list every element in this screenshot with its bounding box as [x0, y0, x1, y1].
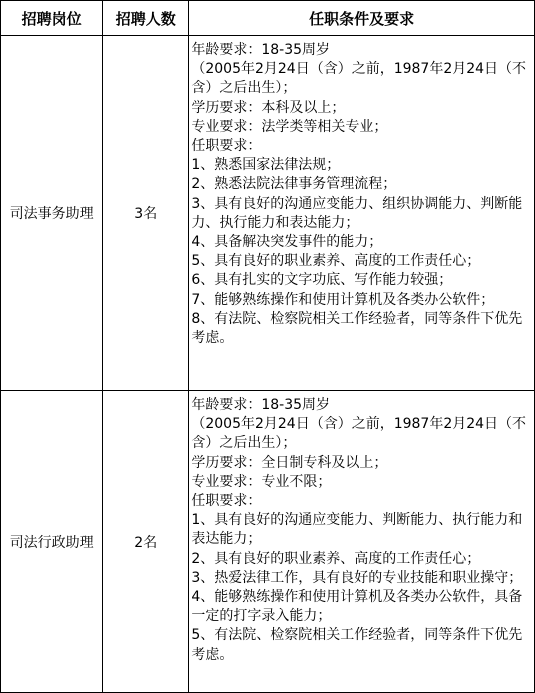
requirement-line: 2、熟悉法院法律事务管理流程；: [191, 175, 530, 194]
header-requirements: 任职条件及要求: [189, 1, 535, 36]
position-cell: 司法行政助理: [1, 391, 103, 692]
requirement-line: （2005年2月24日（含）之前，1987年2月24日（不含）之后出生）；: [191, 60, 530, 98]
requirements-cell: 年龄要求：18-35周岁 （2005年2月24日（含）之前，1987年2月24日…: [189, 391, 535, 692]
requirement-line: 8、有法院、检察院相关工作经验者，同等条件下优先考虑。: [191, 310, 530, 348]
recruitment-table: 招聘岗位 招聘人数 任职条件及要求 司法事务助理 3名 年龄要求：18-35周岁…: [0, 0, 535, 691]
requirements-cell: 年龄要求：18-35周岁 （2005年2月24日（含）之前，1987年2月24日…: [189, 36, 535, 391]
requirement-line: 1、具有良好的沟通应变能力、判断能力、执行能力和表达能力；: [191, 511, 530, 549]
requirement-line: （2005年2月24日（含）之前，1987年2月24日（不含）之后出生）；: [191, 415, 530, 453]
requirement-line: 3、具有良好的沟通应变能力、组织协调能力、判断能力、执行能力和表达能力；: [191, 195, 530, 233]
count-cell: 2名: [103, 391, 189, 692]
table-row: 司法事务助理 3名 年龄要求：18-35周岁 （2005年2月24日（含）之前，…: [1, 36, 535, 391]
requirement-line: 2、具有良好的职业素养、高度的工作责任心；: [191, 550, 530, 569]
header-row: 招聘岗位 招聘人数 任职条件及要求: [1, 1, 535, 36]
header-count: 招聘人数: [103, 1, 189, 36]
requirement-line: 任职要求：: [191, 137, 530, 156]
count-cell: 3名: [103, 36, 189, 391]
requirement-line: 7、能够熟练操作和使用计算机及各类办公软件；: [191, 291, 530, 310]
header-position: 招聘岗位: [1, 1, 103, 36]
requirement-line: 4、具备解决突发事件的能力；: [191, 233, 530, 252]
requirement-line: 年龄要求：18-35周岁: [191, 396, 530, 415]
table-row: 司法行政助理 2名 年龄要求：18-35周岁 （2005年2月24日（含）之前，…: [1, 391, 535, 692]
requirement-line: 1、熟悉国家法律法规；: [191, 156, 530, 175]
requirement-line: 5、有法院、检察院相关工作经验者，同等条件下优先考虑。: [191, 626, 530, 664]
requirement-line: 6、具有扎实的文字功底、写作能力较强；: [191, 271, 530, 290]
requirement-line: 专业要求：法学类等相关专业；: [191, 118, 530, 137]
position-cell: 司法事务助理: [1, 36, 103, 391]
requirement-line: 4、能够熟练操作和使用计算机及各类办公软件，具备一定的打字录入能力；: [191, 588, 530, 626]
requirement-line: 5、具有良好的职业素养、高度的工作责任心；: [191, 252, 530, 271]
requirement-line: 年龄要求：18-35周岁: [191, 41, 530, 60]
requirement-line: 任职要求：: [191, 492, 530, 511]
requirement-line: 3、热爱法律工作，具有良好的专业技能和职业操守；: [191, 569, 530, 588]
requirement-line: 学历要求：全日制专科及以上；: [191, 454, 530, 473]
requirement-line: 专业要求：专业不限；: [191, 473, 530, 492]
requirement-line: 学历要求：本科及以上；: [191, 99, 530, 118]
